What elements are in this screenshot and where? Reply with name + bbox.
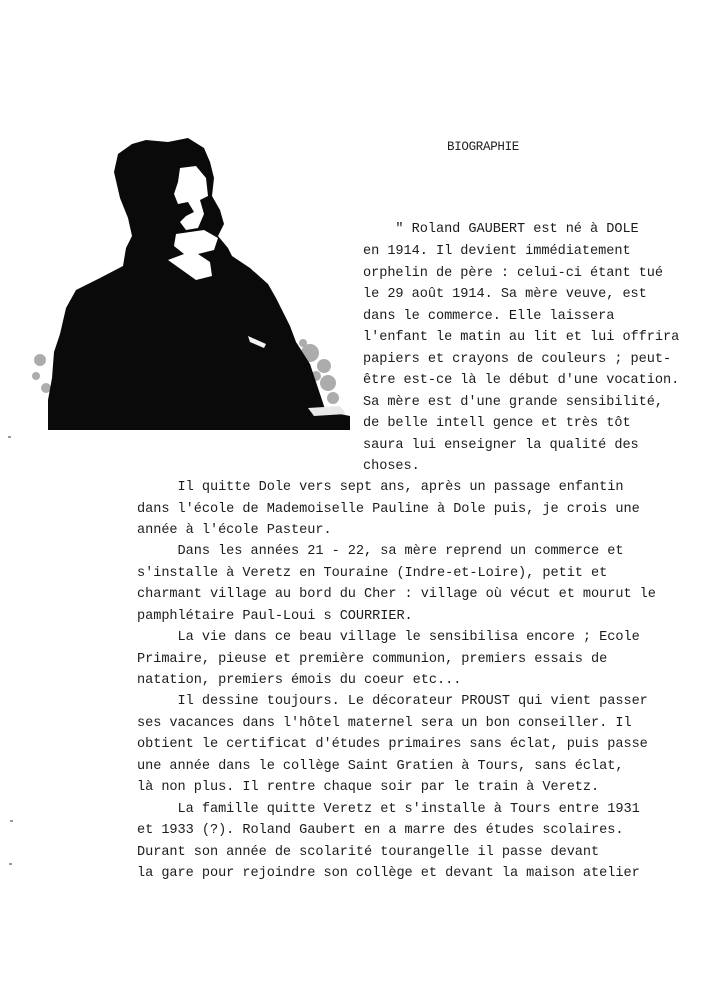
text-line: et 1933 (?). Roland Gaubert en a marre d… [137, 823, 623, 839]
text-line: Dans les années 21 - 22, sa mère reprend… [137, 544, 623, 560]
text-line: en 1914. Il devient immédiatement [363, 244, 631, 260]
text-line: Durant son année de scolarité tourangell… [137, 845, 599, 861]
text-line: Primaire, pieuse et première communion, … [137, 652, 607, 668]
text-line: ses vacances dans l'hôtel maternel sera … [137, 716, 632, 732]
text-line: " Roland GAUBERT est né à DOLE [363, 222, 639, 238]
text-line: pamphlétaire Paul-Loui s COURRIER. [137, 609, 413, 625]
scan-speck [10, 820, 13, 822]
text-line: être est-ce là le début d'une vocation. [363, 373, 679, 389]
scan-speck [8, 436, 11, 438]
text-line: papiers et crayons de couleurs ; peut- [363, 352, 671, 368]
text-line: année à l'école Pasteur. [137, 523, 332, 539]
text-line: dans l'école de Mademoiselle Pauline à D… [137, 502, 640, 518]
document-page: BIOGRAPHIE " Roland GAUBERT est né à DOL… [0, 0, 720, 991]
text-line: la gare pour rejoindre son collège et de… [137, 866, 640, 882]
text-line: le 29 août 1914. Sa mère veuve, est [363, 287, 647, 303]
text-line: choses. [363, 459, 420, 475]
text-line: natation, premiers émois du coeur etc... [137, 673, 461, 689]
text-line: La famille quitte Veretz et s'installe à… [137, 802, 640, 818]
text-line: charmant village au bord du Cher : villa… [137, 587, 656, 603]
text-line: une année dans le collège Saint Gratien … [137, 759, 623, 775]
text-line: Il quitte Dole vers sept ans, après un p… [137, 480, 623, 496]
text-line: Sa mère est d'une grande sensibilité, [363, 395, 663, 411]
text-line: de belle intell gence et très tôt [363, 416, 631, 432]
portrait-photo [28, 138, 350, 430]
text-line: Il dessine toujours. Le décorateur PROUS… [137, 694, 648, 710]
text-line: saura lui enseigner la qualité des [363, 438, 639, 454]
text-line: là non plus. Il rentre chaque soir par l… [137, 780, 599, 796]
text-line: La vie dans ce beau village le sensibili… [137, 630, 640, 646]
text-line: obtient le certificat d'études primaires… [137, 737, 648, 753]
scan-speck [9, 863, 12, 865]
text-line: orphelin de père : celui-ci étant tué [363, 266, 663, 282]
page-title: BIOGRAPHIE [447, 140, 519, 154]
text-line: l'enfant le matin au lit et lui offrira [363, 330, 679, 346]
text-line: s'installe à Veretz en Touraine (Indre-e… [137, 566, 607, 582]
text-line: dans le commerce. Elle laissera [363, 309, 614, 325]
